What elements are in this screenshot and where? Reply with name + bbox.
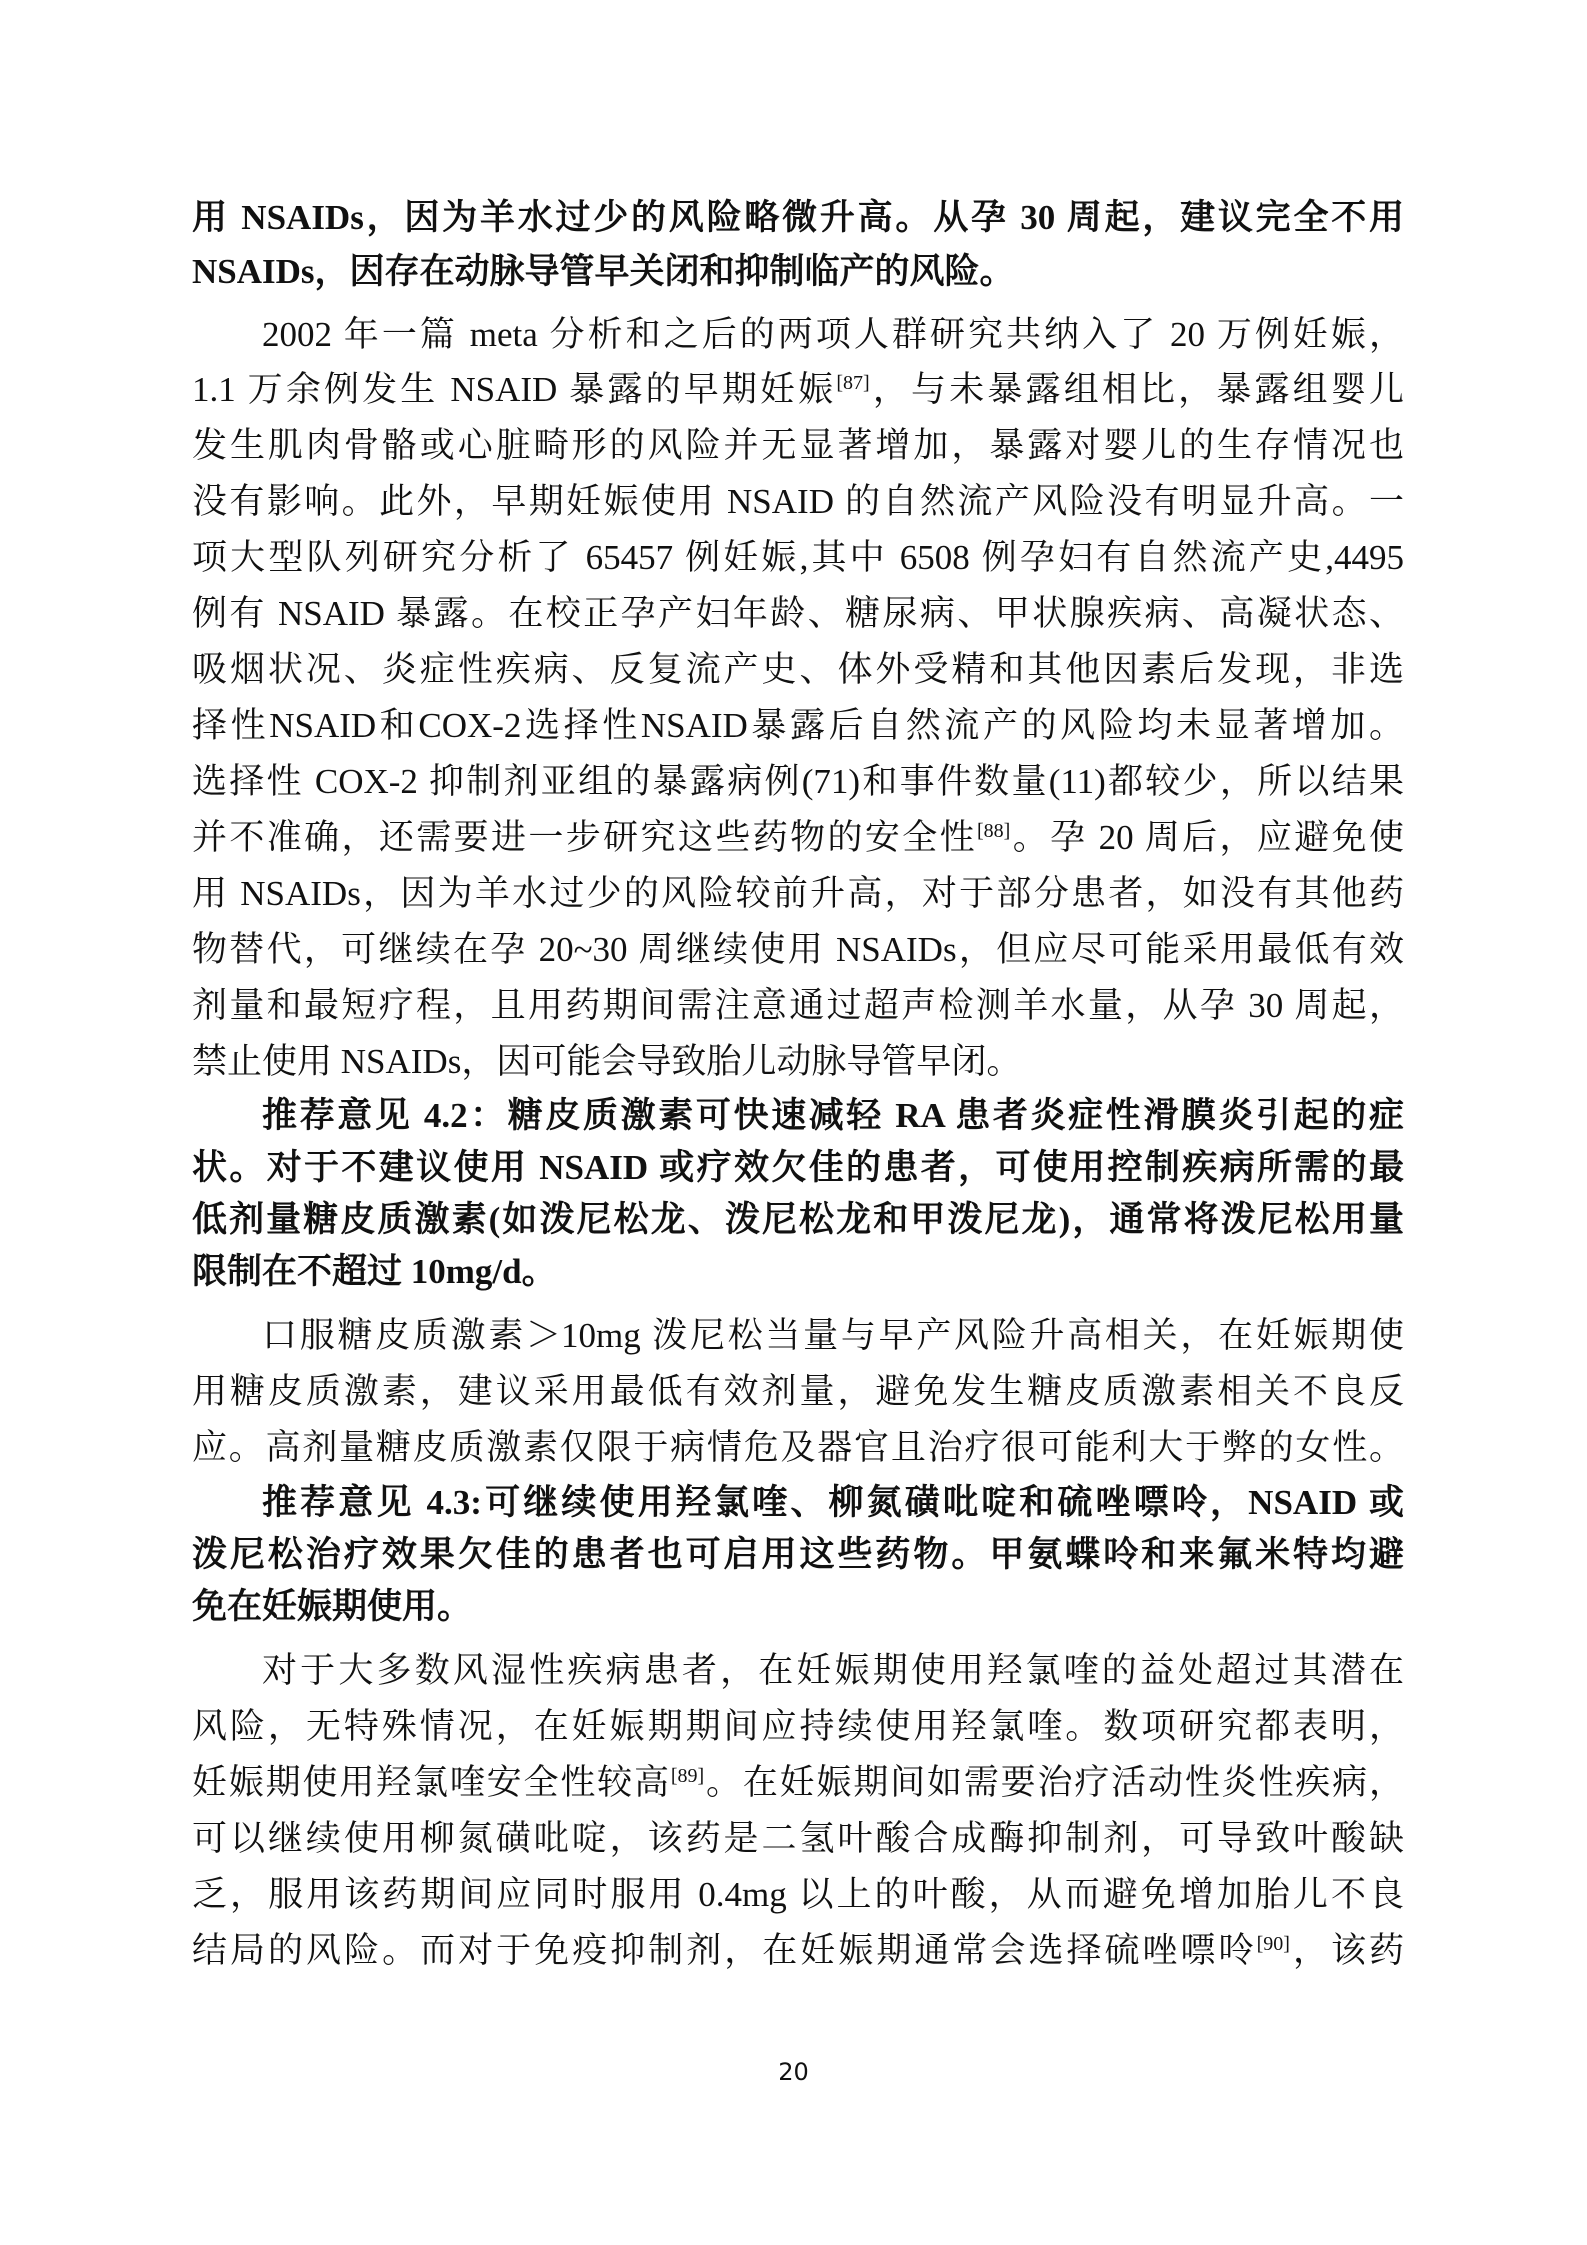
recommendation-4-2-heading: 推荐意见 4.2：糖皮质激素可快速减轻 RA 患者炎症性滑膜炎引起的症 bbox=[192, 1094, 1404, 1138]
text-line: 物替代，可继续在孕 20~30 周继续使用 NSAIDs，但应尽可能采用最低有效 bbox=[192, 928, 1404, 972]
page-number: 20 bbox=[0, 2058, 1587, 2086]
text-line: 对于大多数风湿性疾病患者，在妊娠期使用羟氯喹的益处超过其潜在 bbox=[192, 1649, 1404, 1693]
text-line-with-citation: 妊娠期使用羟氯喹安全性较高[89]。在妊娠期间如需要治疗活动性炎性疾病， bbox=[192, 1761, 1404, 1805]
text-line: 可以继续使用柳氮磺吡啶，该药是二氢叶酸合成酶抑制剂，可导致叶酸缺 bbox=[192, 1817, 1404, 1861]
text-segment: 并不准确，还需要进一步研究这些药物的安全性 bbox=[192, 818, 977, 857]
text-line: 吸烟状况、炎症性疾病、反复流产史、体外受精和其他因素后发现，非选 bbox=[192, 648, 1404, 692]
citation-87[interactable]: [87] bbox=[836, 372, 869, 394]
text-line: 乏，服用该药期间应同时服用 0.4mg 以上的叶酸，从而避免增加胎儿不良 bbox=[192, 1873, 1404, 1917]
text-line: 例有 NSAID 暴露。在校正孕产妇年龄、糖尿病、甲状腺疾病、高凝状态、 bbox=[192, 592, 1404, 636]
text-segment: ，该药 bbox=[1290, 1931, 1404, 1970]
text-line-with-citation: 结局的风险。而对于免疫抑制剂，在妊娠期通常会选择硫唑嘌呤[90]，该药 bbox=[192, 1929, 1404, 1973]
text-line: 项大型队列研究分析了 65457 例妊娠,其中 6508 例孕妇有自然流产史,4… bbox=[192, 536, 1404, 580]
text-line: 择性NSAID和COX-2选择性NSAID暴露后自然流产的风险均未显著增加。 bbox=[192, 704, 1404, 748]
text-line: 用 NSAIDs，因为羊水过少的风险略微升高。从孕 30 周起，建议完全不用 bbox=[192, 196, 1404, 240]
citation-88[interactable]: [88] bbox=[977, 820, 1010, 842]
text-line: 泼尼松治疗效果欠佳的患者也可启用这些药物。甲氨蝶呤和来氟米特均避 bbox=[192, 1533, 1404, 1577]
text-segment: ，与未暴露组相比，暴露组婴儿 bbox=[870, 370, 1404, 409]
text-line: 状。对于不建议使用 NSAID 或疗效欠佳的患者，可使用控制疾病所需的最 bbox=[192, 1146, 1404, 1190]
text-line-with-citation: 1.1 万余例发生 NSAID 暴露的早期妊娠[87]，与未暴露组相比，暴露组婴… bbox=[192, 368, 1404, 412]
text-line: 用 NSAIDs，因为羊水过少的风险较前升高，对于部分患者，如没有其他药 bbox=[192, 872, 1404, 916]
text-segment: 。孕 20 周后，应避免使 bbox=[1010, 818, 1404, 857]
text-segment: 妊娠期使用羟氯喹安全性较高 bbox=[192, 1763, 671, 1802]
text-line: 剂量和最短疗程，且用药期间需注意通过超声检测羊水量，从孕 30 周起， bbox=[192, 984, 1404, 1028]
text-line: 选择性 COX-2 抑制剂亚组的暴露病例(71)和事件数量(11)都较少，所以结… bbox=[192, 760, 1404, 804]
text-line: 用糖皮质激素，建议采用最低有效剂量，避免发生糖皮质激素相关不良反 bbox=[192, 1370, 1404, 1414]
text-line: 口服糖皮质激素＞10mg 泼尼松当量与早产风险升高相关，在妊娠期使 bbox=[192, 1314, 1404, 1358]
citation-90[interactable]: [90] bbox=[1257, 1933, 1290, 1955]
text-line: 应。高剂量糖皮质激素仅限于病情危及器官且治疗很可能利大于弊的女性。 bbox=[192, 1426, 1404, 1470]
text-line: 发生肌肉骨骼或心脏畸形的风险并无显著增加，暴露对婴儿的生存情况也 bbox=[192, 424, 1404, 468]
text-line: 低剂量糖皮质激素(如泼尼松龙、泼尼松龙和甲泼尼龙)，通常将泼尼松用量 bbox=[192, 1198, 1404, 1242]
text-segment: 。在妊娠期间如需要治疗活动性炎性疾病， bbox=[704, 1763, 1404, 1802]
text-line: 禁止使用 NSAIDs，因可能会导致胎儿动脉导管早闭。 bbox=[192, 1040, 1404, 1084]
text-line: 限制在不超过 10mg/d。 bbox=[192, 1250, 1404, 1294]
text-line: 免在妊娠期使用。 bbox=[192, 1585, 1404, 1629]
recommendation-4-3-heading: 推荐意见 4.3:可继续使用羟氯喹、柳氮磺吡啶和硫唑嘌呤，NSAID 或 bbox=[192, 1481, 1404, 1525]
text-line-with-citation: 并不准确，还需要进一步研究这些药物的安全性[88]。孕 20 周后，应避免使 bbox=[192, 816, 1404, 860]
text-line: 没有影响。此外，早期妊娠使用 NSAID 的自然流产风险没有明显升高。一 bbox=[192, 480, 1404, 524]
text-line: 2002 年一篇 meta 分析和之后的两项人群研究共纳入了 20 万例妊娠， bbox=[192, 313, 1404, 357]
citation-89[interactable]: [89] bbox=[671, 1765, 704, 1787]
text-line: 风险，无特殊情况，在妊娠期期间应持续使用羟氯喹。数项研究都表明， bbox=[192, 1705, 1404, 1749]
text-line: NSAIDs，因存在动脉导管早关闭和抑制临产的风险。 bbox=[192, 250, 1404, 294]
text-segment: 1.1 万余例发生 NSAID 暴露的早期妊娠 bbox=[192, 370, 836, 409]
text-segment: 结局的风险。而对于免疫抑制剂，在妊娠期通常会选择硫唑嘌呤 bbox=[192, 1931, 1257, 1970]
